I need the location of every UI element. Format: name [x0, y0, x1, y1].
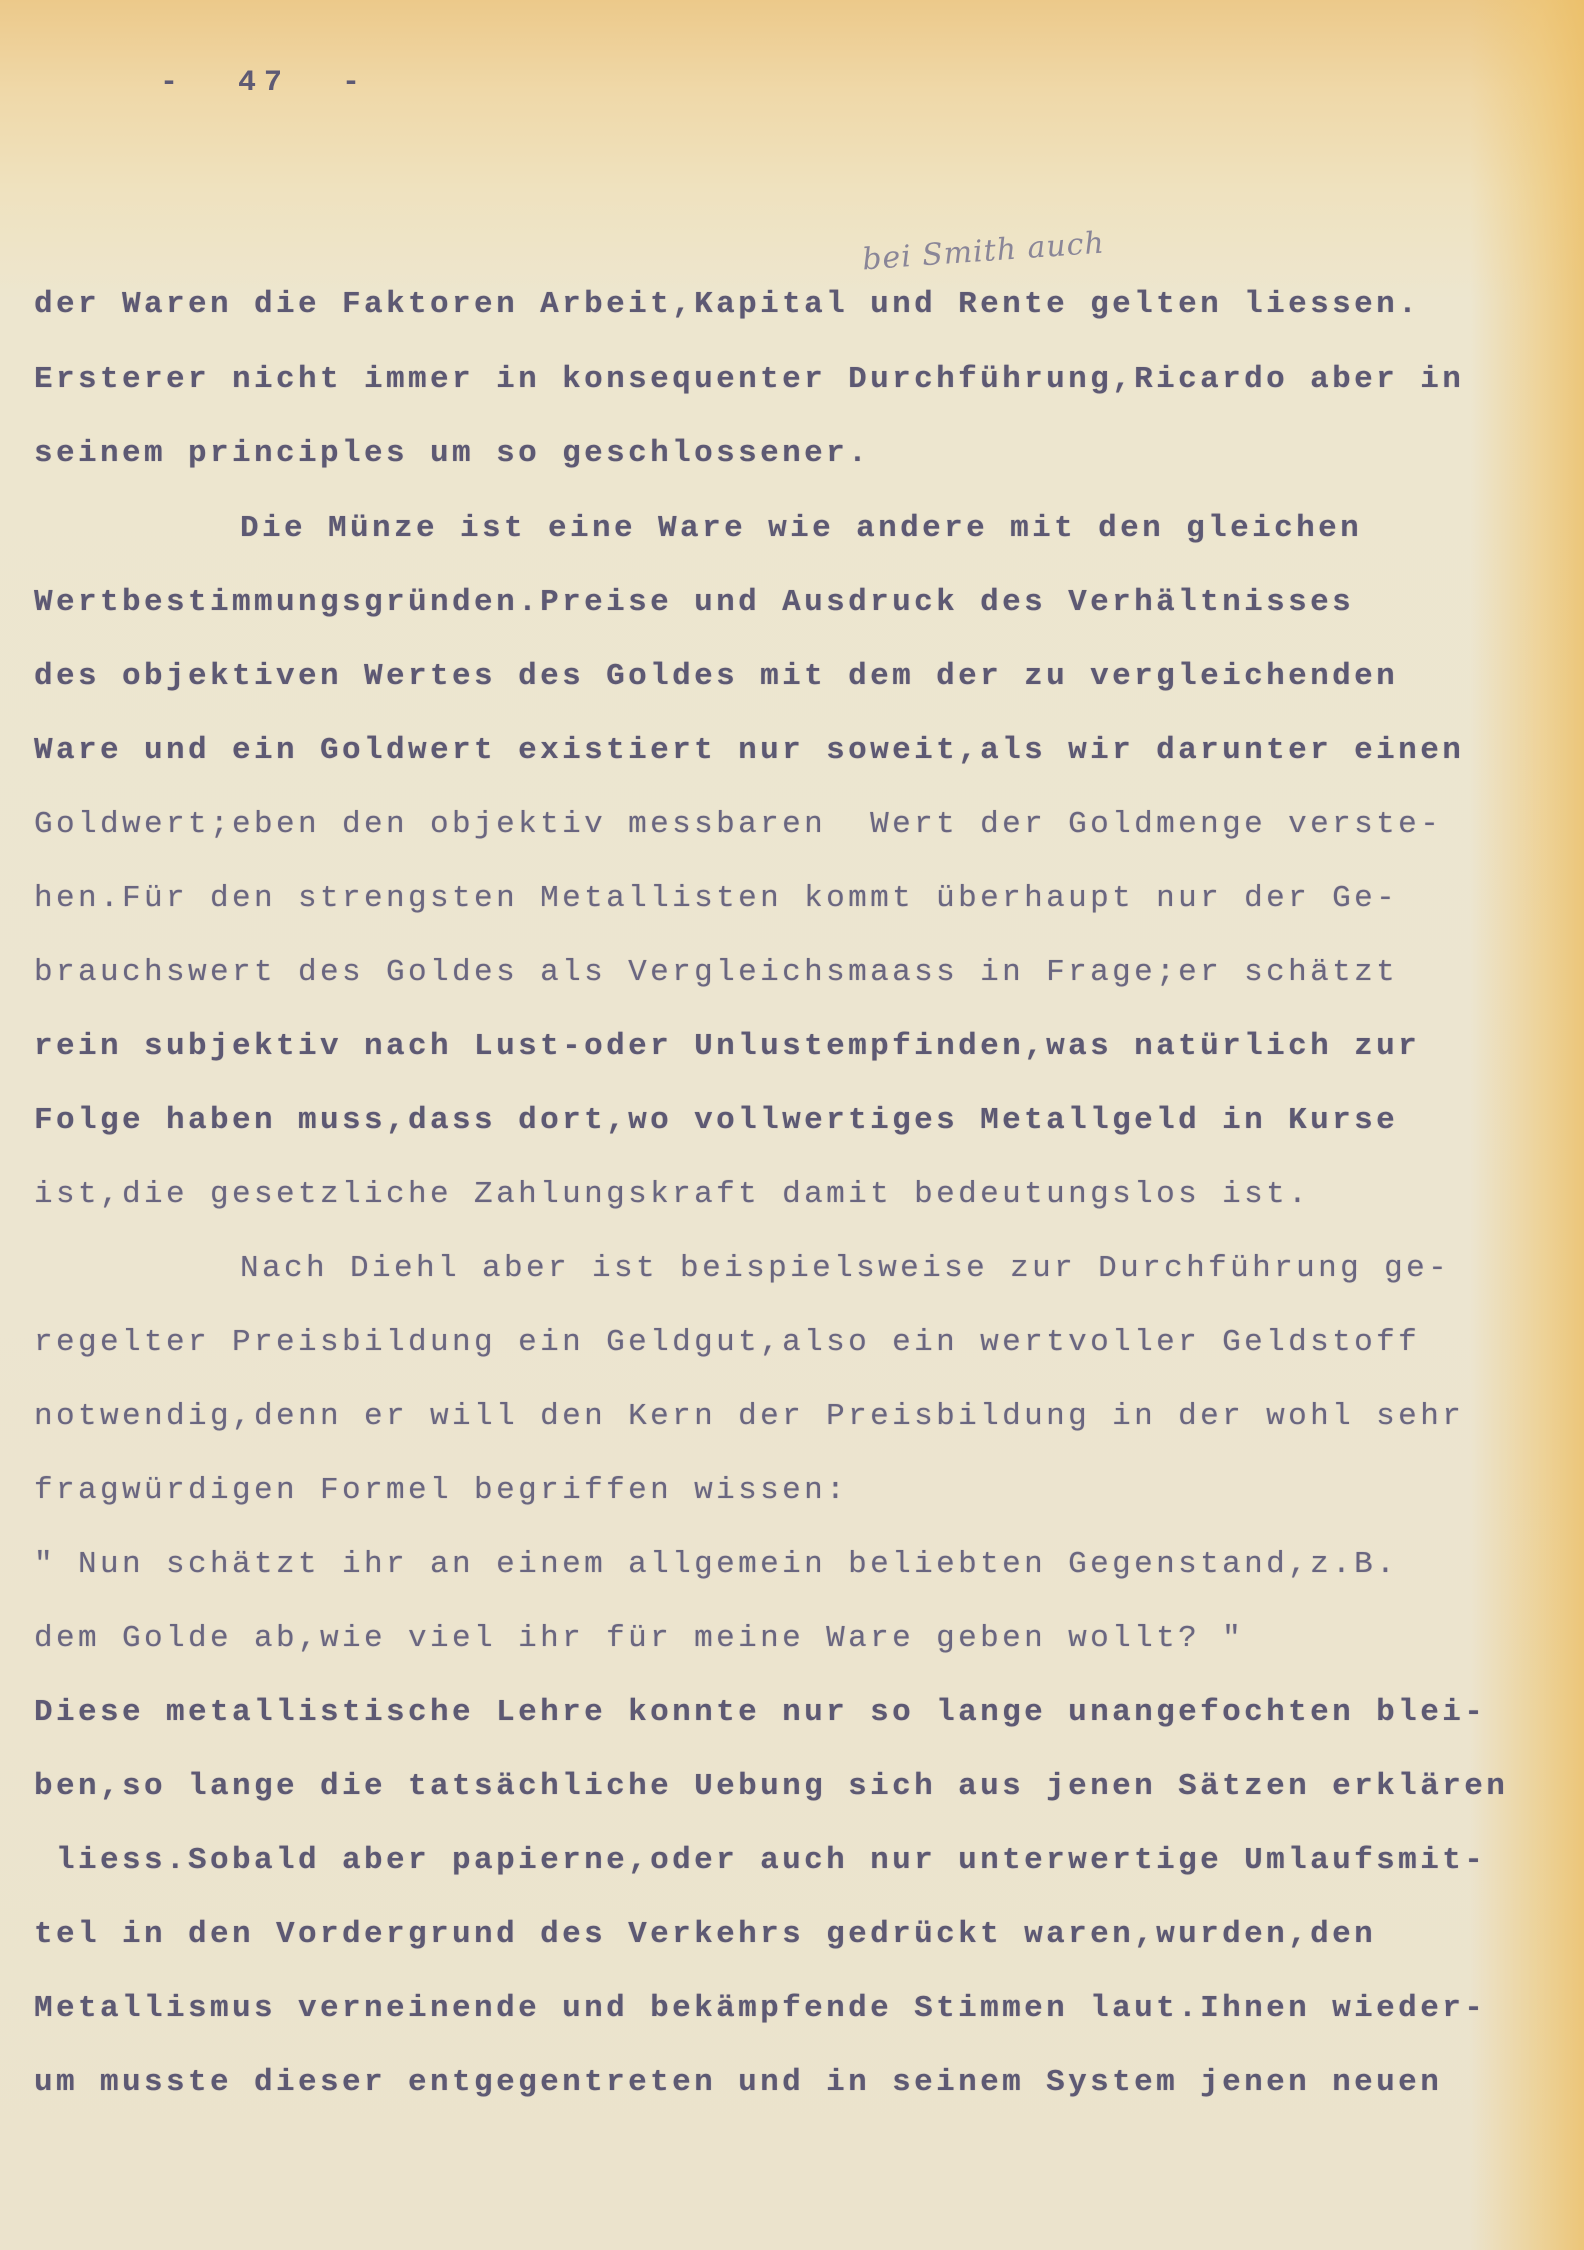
text-line: Wertbestimmungsgründen.Preise und Ausdru… — [34, 585, 1354, 620]
text-line: des objektiven Wertes des Goldes mit dem… — [34, 659, 1398, 694]
text-line: liess.Sobald aber papierne,oder auch nur… — [34, 1843, 1486, 1878]
text-line: seinem principles um so geschlossener. — [34, 436, 870, 471]
paragraph-start-line: Die Münze ist eine Ware wie andere mit d… — [240, 511, 1362, 546]
text-line: hen.Für den strengsten Metallisten kommt… — [34, 881, 1398, 916]
quote-line: " Nun schätzt ihr an einem allgemein bel… — [34, 1547, 1398, 1582]
text-line: tel in den Vordergrund des Verkehrs gedr… — [34, 1917, 1376, 1952]
text-line: Metallismus verneinende und bekämpfende … — [34, 1991, 1486, 2026]
text-line: Goldwert;eben den objektiv messbaren Wer… — [34, 807, 1442, 842]
text-line: rein subjektiv nach Lust-oder Unlustempf… — [34, 1029, 1420, 1064]
text-line: brauchswert des Goldes als Vergleichsmaa… — [34, 955, 1398, 990]
text-line: ist,die gesetzliche Zahlungskraft damit … — [34, 1177, 1310, 1212]
text-line: regelter Preisbildung ein Geldgut,also e… — [34, 1325, 1420, 1360]
text-line: Folge haben muss,dass dort,wo vollwertig… — [34, 1103, 1398, 1138]
text-line: fragwürdigen Formel begriffen wissen: — [34, 1473, 848, 1508]
text-line: ben,so lange die tatsächliche Uebung sic… — [34, 1769, 1508, 1804]
paragraph-start-line: Nach Diehl aber ist beispielsweise zur D… — [240, 1251, 1450, 1286]
text-line: der Waren die Faktoren Arbeit,Kapital un… — [34, 287, 1420, 322]
handwritten-annotation: bei Smith auch — [861, 226, 1106, 278]
text-line: um musste dieser entgegentreten und in s… — [34, 2065, 1442, 2100]
text-line: notwendig,denn er will den Kern der Prei… — [34, 1399, 1464, 1434]
text-line: Ware und ein Goldwert existiert nur sowe… — [34, 733, 1464, 768]
quote-line: dem Golde ab,wie viel ihr für meine Ware… — [34, 1621, 1244, 1656]
text-line: Ersterer nicht immer in konsequenter Dur… — [34, 362, 1464, 397]
text-line: Diese metallistische Lehre konnte nur so… — [34, 1695, 1486, 1730]
typewritten-page: - 47 - bei Smith auch der Waren die Fakt… — [0, 0, 1584, 2250]
page-number: - 47 - — [160, 66, 368, 100]
